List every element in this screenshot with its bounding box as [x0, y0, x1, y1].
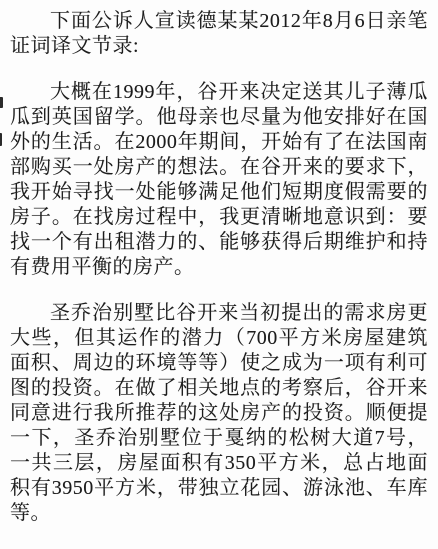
scan-edge-artifact — [0, 97, 3, 108]
paragraph-testimony-villa-details: 圣乔治别墅比谷开来当初提出的需求房更大些，但其运作的潜力（700平方米房屋建筑面… — [10, 301, 428, 526]
scan-edge-artifact — [0, 133, 2, 146]
document-page: 下面公诉人宣读德某某2012年8月6日亲笔证词译文节录: 大概在1999年，谷开… — [0, 0, 438, 549]
paragraph-testimony-background: 大概在1999年，谷开来决定送其儿子薄瓜瓜到英国留学。他母亲也尽量为他安排好在国… — [10, 80, 428, 280]
paragraph-prosecutor-intro: 下面公诉人宣读德某某2012年8月6日亲笔证词译文节录: — [10, 9, 428, 59]
